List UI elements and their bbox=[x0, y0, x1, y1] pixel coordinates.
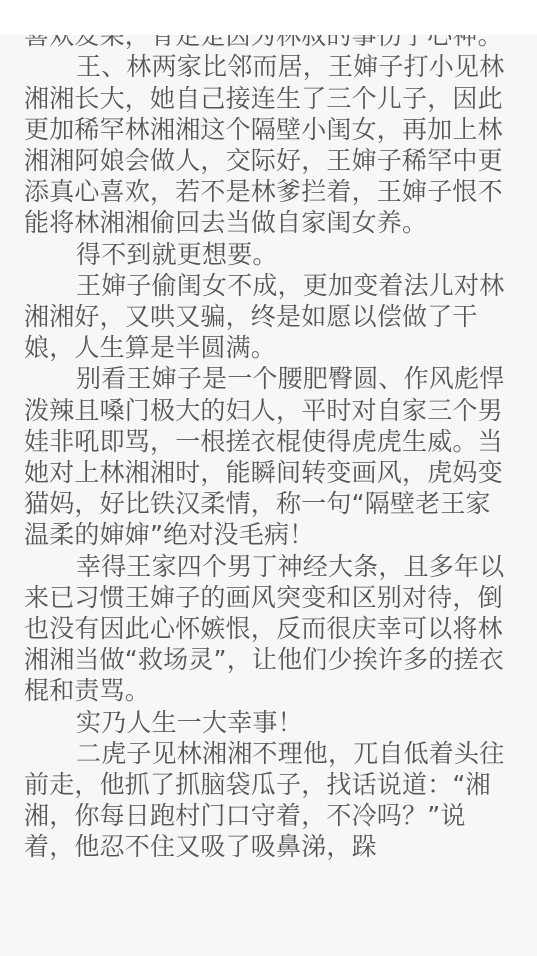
status-bar-overlay bbox=[0, 0, 537, 35]
reader-page[interactable]: 同时，心里还忧心忡忡地想着：湘湘最近总喜欢发呆，肯定是因为林叔的事伤了心神。 王… bbox=[0, 0, 537, 956]
paragraph: 得不到就更想要。 bbox=[24, 239, 510, 270]
paragraph: 二虎子见林湘湘不理他，兀自低着头往前走，他抓了抓脑袋瓜子，找话说道：“湘湘，你每… bbox=[24, 738, 510, 863]
paragraph: 王婶子偷闺女不成，更加变着法儿对林湘湘好，又哄又骗，终是如愿以偿做了干娘，人生算… bbox=[24, 270, 510, 364]
paragraph: 幸得王家四个男丁神经大条，且多年以来已习惯王婶子的画风突变和区别对待，倒也没有因… bbox=[24, 551, 510, 707]
paragraph: 实乃人生一大幸事！ bbox=[24, 707, 510, 738]
paragraph: 王、林两家比邻而居，王婶子打小见林湘湘长大，她自己接连生了三个儿子，因此更加稀罕… bbox=[24, 51, 510, 238]
chapter-text: 同时，心里还忧心忡忡地想着：湘湘最近总喜欢发呆，肯定是因为林叔的事伤了心神。 王… bbox=[24, 0, 510, 863]
paragraph: 别看王婶子是一个腰肥臀圆、作风彪悍泼辣且嗓门极大的妇人，平时对自家三个男娃非吼即… bbox=[24, 363, 510, 550]
